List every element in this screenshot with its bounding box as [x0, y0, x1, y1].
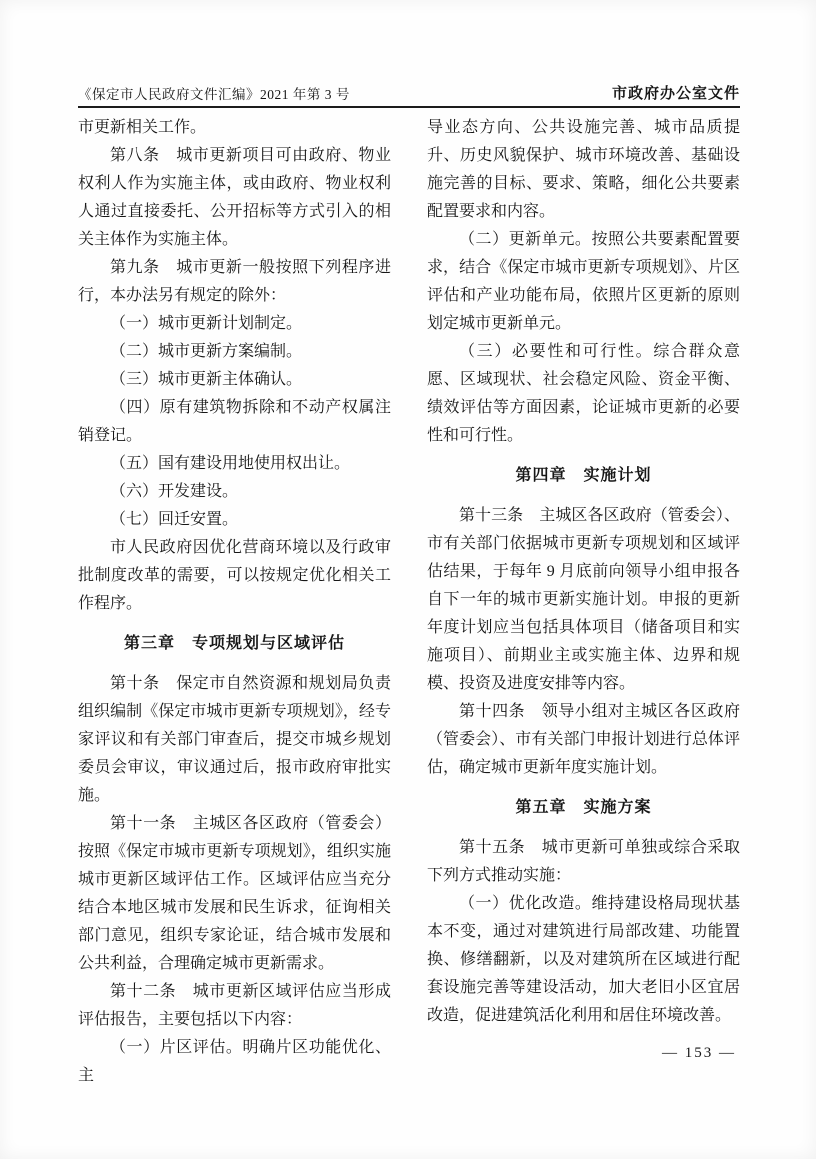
paragraph: （一）片区评估。明确片区功能优化、主	[78, 1034, 391, 1090]
paragraph: （一）优化改造。维持建设格局现状基本不变，通过对建筑进行局部改建、功能置换、修缮…	[427, 890, 740, 1030]
text-columns: 市更新相关工作。第八条 城市更新项目可由政府、物业权利人作为实施主体，或由政府、…	[78, 114, 740, 1090]
paragraph: （一）城市更新计划制定。	[78, 310, 391, 338]
header-compilation-title: 《保定市人民政府文件汇编》2021 年第 3 号	[78, 83, 350, 103]
paragraph: 市人民政府因优化营商环境以及行政审批制度改革的需要，可以按规定优化相关工作程序。	[78, 534, 391, 618]
paragraph: （三）必要性和可行性。综合群众意愿、区域现状、社会稳定风险、资金平衡、绩效评估等…	[427, 338, 740, 450]
paragraph: （五）国有建设用地使用权出让。	[78, 450, 391, 478]
document-page: 《保定市人民政府文件汇编》2021 年第 3 号 市政府办公室文件 市更新相关工…	[0, 0, 816, 1159]
chapter-heading: 第四章 实施计划	[427, 462, 740, 490]
paragraph: 第十一条 主城区各区政府（管委会）按照《保定市城市更新专项规划》，组织实施城市更…	[78, 810, 391, 978]
paragraph: 第十三条 主城区各区政府（管委会）、市有关部门依据城市更新专项规划和区域评估结果…	[427, 502, 740, 698]
page-number: — 153 —	[662, 1045, 736, 1062]
paragraph: 第十四条 领导小组对主城区各区政府（管委会）、市有关部门申报计划进行总体评估，确…	[427, 698, 740, 782]
paragraph: 第十二条 城市更新区域评估应当形成评估报告，主要包括以下内容：	[78, 978, 391, 1034]
left-column: 市更新相关工作。第八条 城市更新项目可由政府、物业权利人作为实施主体，或由政府、…	[78, 114, 391, 1090]
paragraph: 第十五条 城市更新可单独或综合采取下列方式推动实施：	[427, 834, 740, 890]
header-document-category: 市政府办公室文件	[612, 82, 740, 103]
paragraph: 第九条 城市更新一般按照下列程序进行，本办法另有规定的除外：	[78, 254, 391, 310]
paragraph: （七）回迁安置。	[78, 506, 391, 534]
chapter-heading: 第五章 实施方案	[427, 794, 740, 822]
paragraph: （三）城市更新主体确认。	[78, 366, 391, 394]
paragraph: （二）更新单元。按照公共要素配置要求，结合《保定市城市更新专项规划》、片区评估和…	[427, 226, 740, 338]
paragraph: 第十条 保定市自然资源和规划局负责组织编制《保定市城市更新专项规划》，经专家评议…	[78, 670, 391, 810]
paragraph: （二）城市更新方案编制。	[78, 338, 391, 366]
paragraph: （四）原有建筑物拆除和不动产权属注销登记。	[78, 394, 391, 450]
chapter-heading: 第三章 专项规划与区域评估	[78, 630, 391, 658]
right-column: 导业态方向、公共设施完善、城市品质提升、历史风貌保护、城市环境改善、基础设施完善…	[427, 114, 740, 1090]
paragraph: 第八条 城市更新项目可由政府、物业权利人作为实施主体，或由政府、物业权利人通过直…	[78, 142, 391, 254]
paragraph: 市更新相关工作。	[78, 114, 391, 142]
paragraph: 导业态方向、公共设施完善、城市品质提升、历史风貌保护、城市环境改善、基础设施完善…	[427, 114, 740, 226]
page-header: 《保定市人民政府文件汇编》2021 年第 3 号 市政府办公室文件	[78, 82, 740, 108]
paragraph: （六）开发建设。	[78, 478, 391, 506]
